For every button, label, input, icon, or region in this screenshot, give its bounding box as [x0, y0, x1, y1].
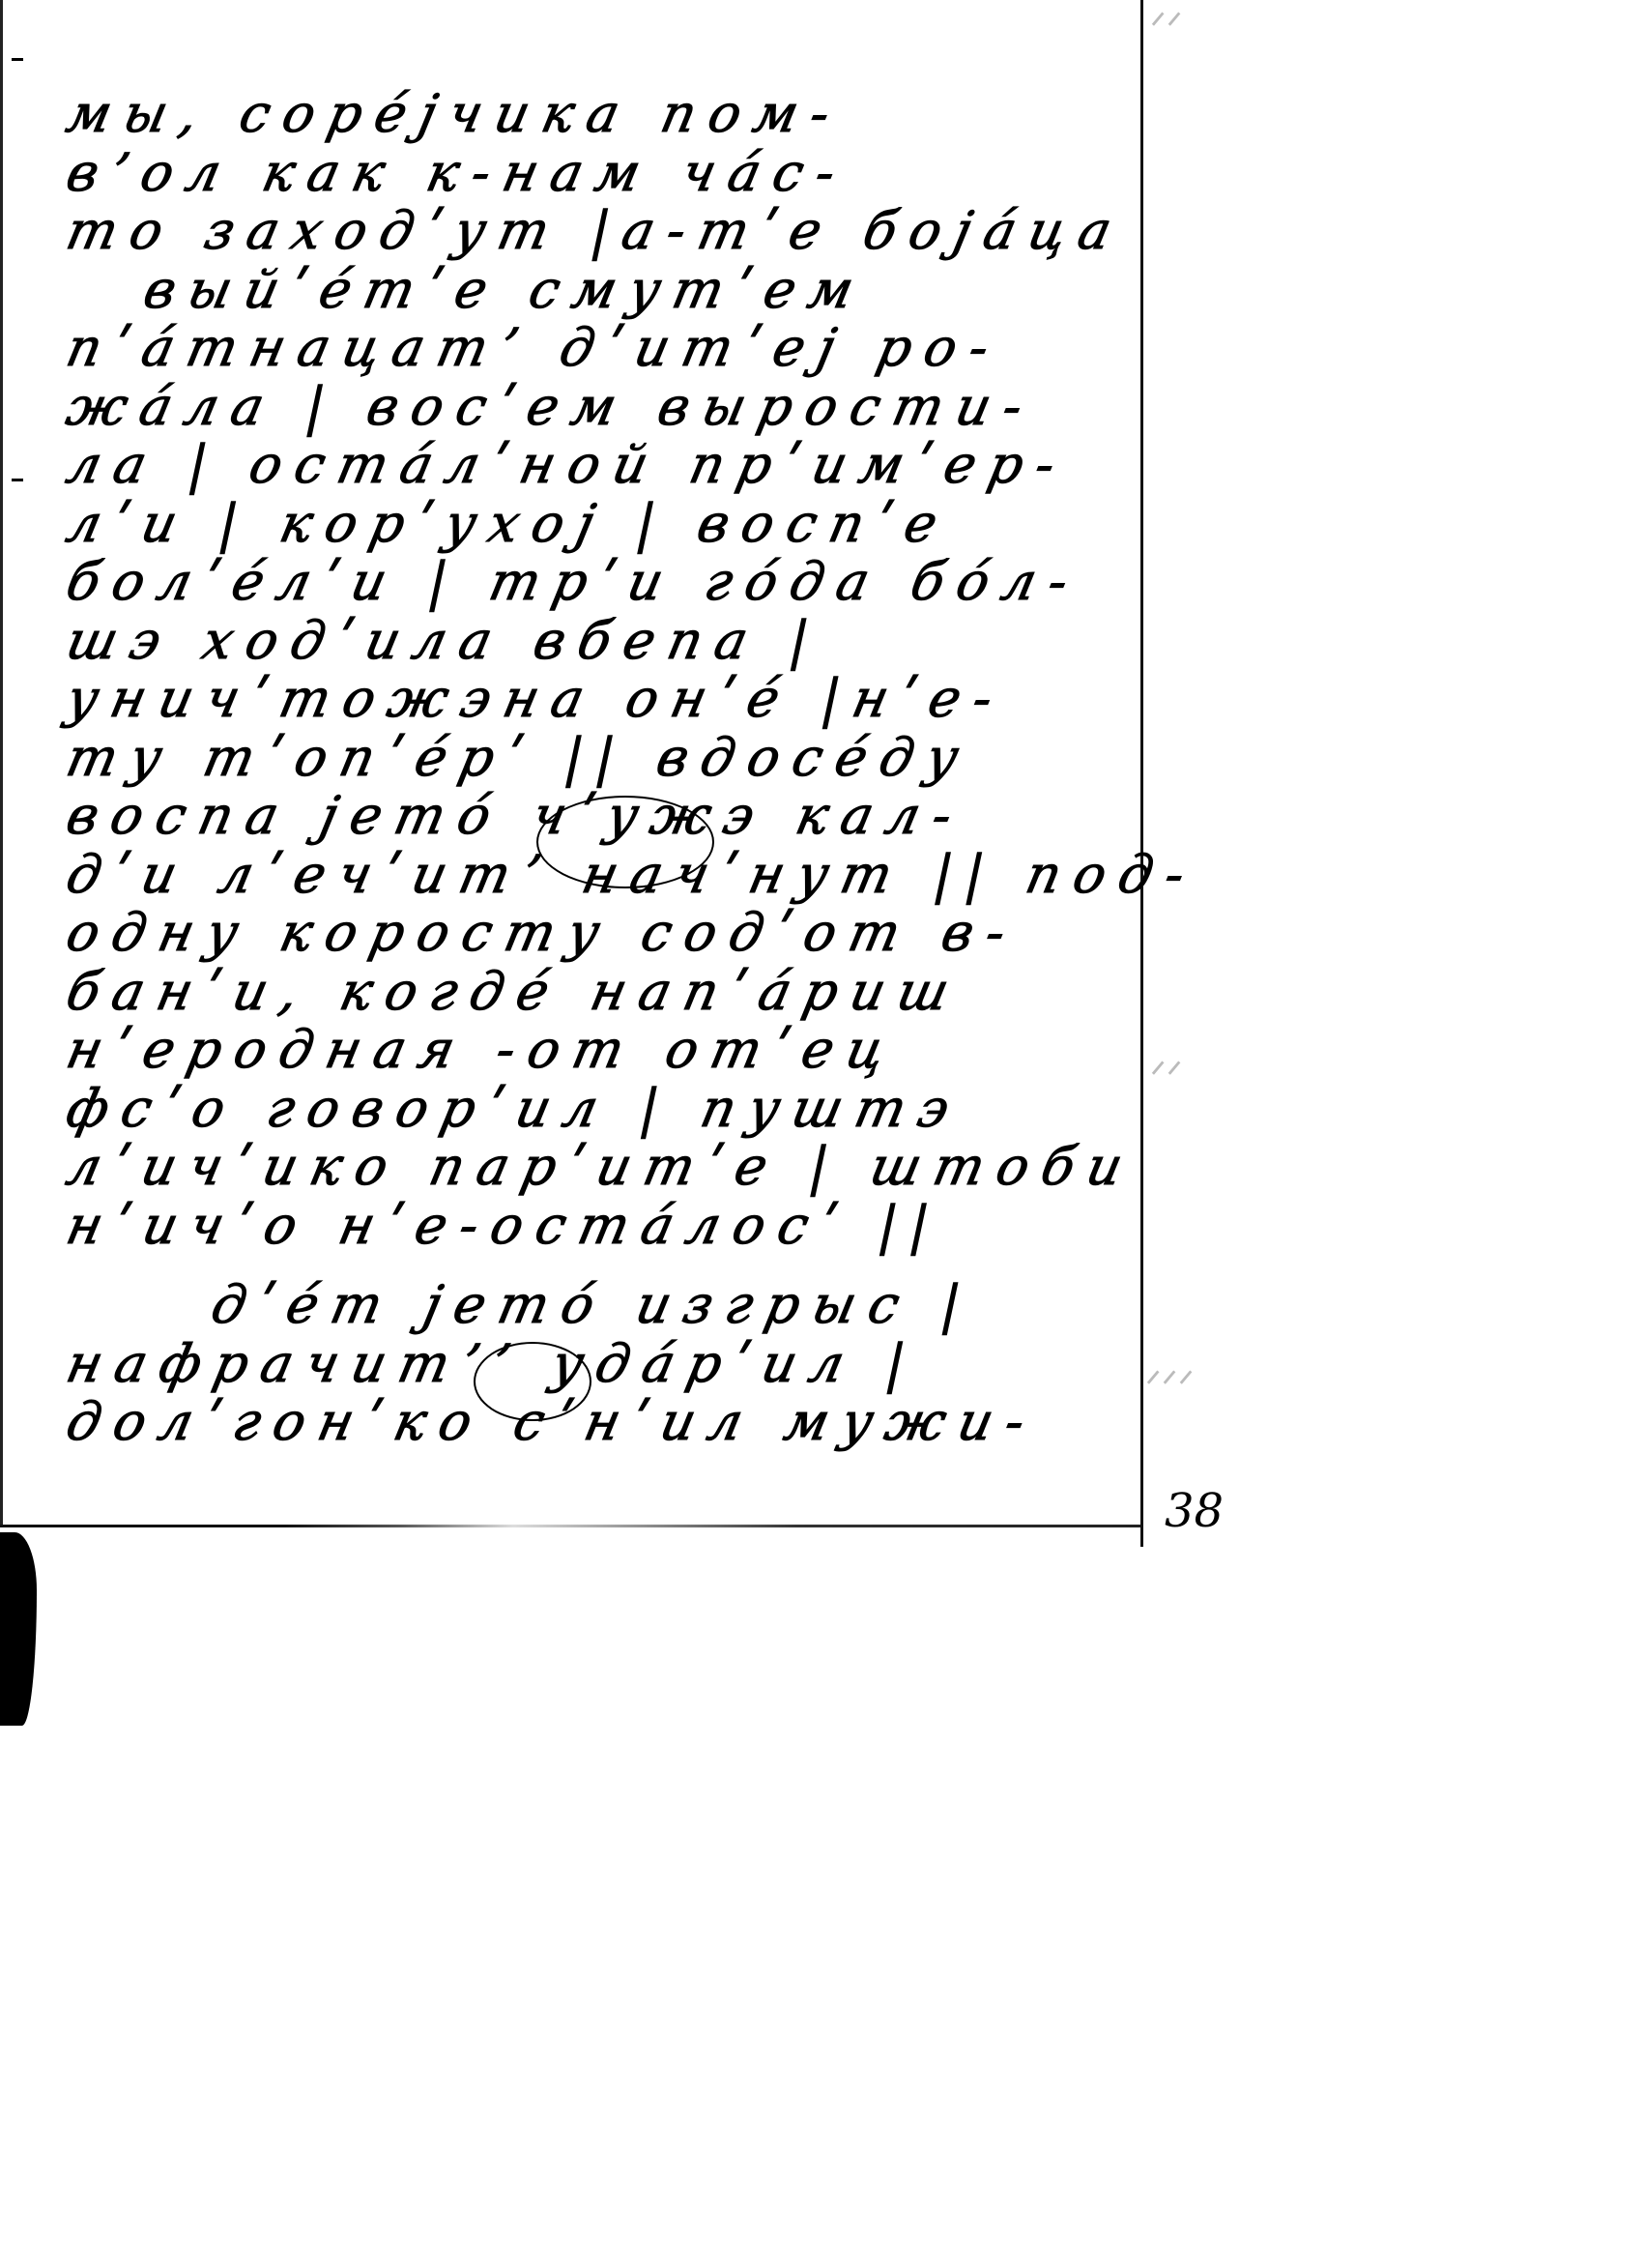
text-line: одну коросту содʹот в- — [62, 904, 1273, 963]
circled-annotation — [536, 796, 714, 888]
left-border-line — [0, 0, 3, 1527]
bleed-through-mark: ᐟᐟ — [1150, 5, 1183, 49]
text-line: банʹи, когдé напʹáриш — [62, 963, 1273, 1022]
text-line: дʹéт јетó изгрыс | — [62, 1276, 1273, 1335]
text-line: лʹичʹико парʹитʹе | штоби — [62, 1138, 1273, 1197]
text-line: пʹáтнацат’ дʹитʹеј ро- — [62, 319, 1273, 378]
text-line: шэ ходʹила вбепа | — [62, 612, 1273, 671]
text-line: уничʹтожэна онʹé |нʹе- — [62, 670, 1273, 729]
text-line: в’ол как к-нам чáс- — [62, 144, 1273, 203]
text-line: лʹи | корʹухој | воспʹе — [62, 495, 1273, 554]
margin-dash — [12, 58, 23, 61]
text-line: долʹгонʹко сʹнʹил мужи- — [62, 1393, 1273, 1452]
page-edge-line — [0, 1525, 1140, 1527]
text-line: жáла | восʹем вырости- — [62, 378, 1273, 437]
text-line: болʹéлʹи | трʹи гóда бóл- — [62, 553, 1273, 612]
text-line: мы, сорéјчика пом- — [62, 85, 1273, 144]
text-line: нʹичʹо нʹе-остáлоcʹ || — [62, 1197, 1273, 1256]
text-line: выйʹéтʹе смутʹем — [62, 261, 1273, 320]
circled-annotation — [474, 1342, 591, 1421]
handwritten-text-block: мы, сорéјчика пом- в’ол как к-нам чáс- т… — [68, 85, 1266, 1452]
text-line: ту тʹопʹéрʹ || вдосéду — [62, 729, 1273, 788]
margin-dash — [12, 479, 23, 481]
scan-edge-blot — [0, 1532, 37, 1726]
text-line: фсʹо говорʹил | пуштэ — [62, 1080, 1273, 1139]
manuscript-page: ᐟᐟ ᐟᐟ ᐟᐟᐟ мы, сорéјчика пом- в’ол как к-… — [0, 0, 1643, 2268]
text-line: ла | остáлʹной прʹимʹер- — [62, 436, 1273, 495]
text-line: нʹеродная -от отʹец — [62, 1021, 1273, 1080]
page-number: 38 — [1165, 1484, 1224, 1538]
text-line: нафрачит’’ удáрʹил | — [62, 1335, 1273, 1394]
text-line: то заходʹут |а-тʹе бојáца — [62, 202, 1273, 261]
